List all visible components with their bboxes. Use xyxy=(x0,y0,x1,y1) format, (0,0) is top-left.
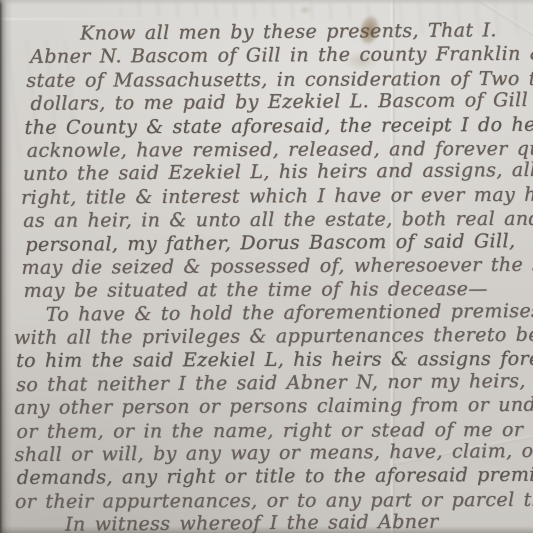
small-stain-speck xyxy=(300,6,310,14)
manuscript-line: may die seized & possessed of, wheresoev… xyxy=(1,253,533,280)
manuscript-line: To have & to hold the aforementioned pre… xyxy=(2,299,533,327)
manuscript-line: shall or will, by any way or means, have… xyxy=(3,439,533,467)
manuscript-line: demands, any right or title to the afore… xyxy=(3,464,533,491)
manuscript-line: Know all men by these presents, That I. xyxy=(0,18,533,46)
manuscript-line: as an heir, in & unto all the estate, bo… xyxy=(1,208,533,234)
manuscript-line: any other person or persons claiming fro… xyxy=(2,393,533,420)
manuscript-line: Abner N. Bascom of Gill in the county Fr… xyxy=(0,43,533,70)
manuscript-line: the County & state aforesaid, the receip… xyxy=(1,113,533,140)
paper-edge-shadow-left xyxy=(0,0,12,533)
manuscript-line: dollars, to me paid by Ezekiel L. Bascom… xyxy=(0,88,533,116)
fold-crease-horizontal xyxy=(0,18,170,20)
manuscript-line: personal, my father, Dorus Bascom of sai… xyxy=(1,229,533,257)
manuscript-line: so that neither I the said Abner N, nor … xyxy=(2,369,533,397)
paper-edge-highlight-top xyxy=(0,0,533,5)
manuscript-line: with all the privileges & appurtenances … xyxy=(2,323,533,350)
manuscript-line: unto the said Ezekiel L, his heirs and a… xyxy=(1,159,533,187)
manuscript-page: Know all men by these presents, That I.A… xyxy=(0,0,533,533)
paper-edge-shadow-bottom xyxy=(0,526,533,533)
manuscript-line: right, title & interest which I have or … xyxy=(1,183,533,210)
faint-stain xyxy=(344,52,378,70)
manuscript-text: Know all men by these presents, That I.A… xyxy=(0,19,533,533)
